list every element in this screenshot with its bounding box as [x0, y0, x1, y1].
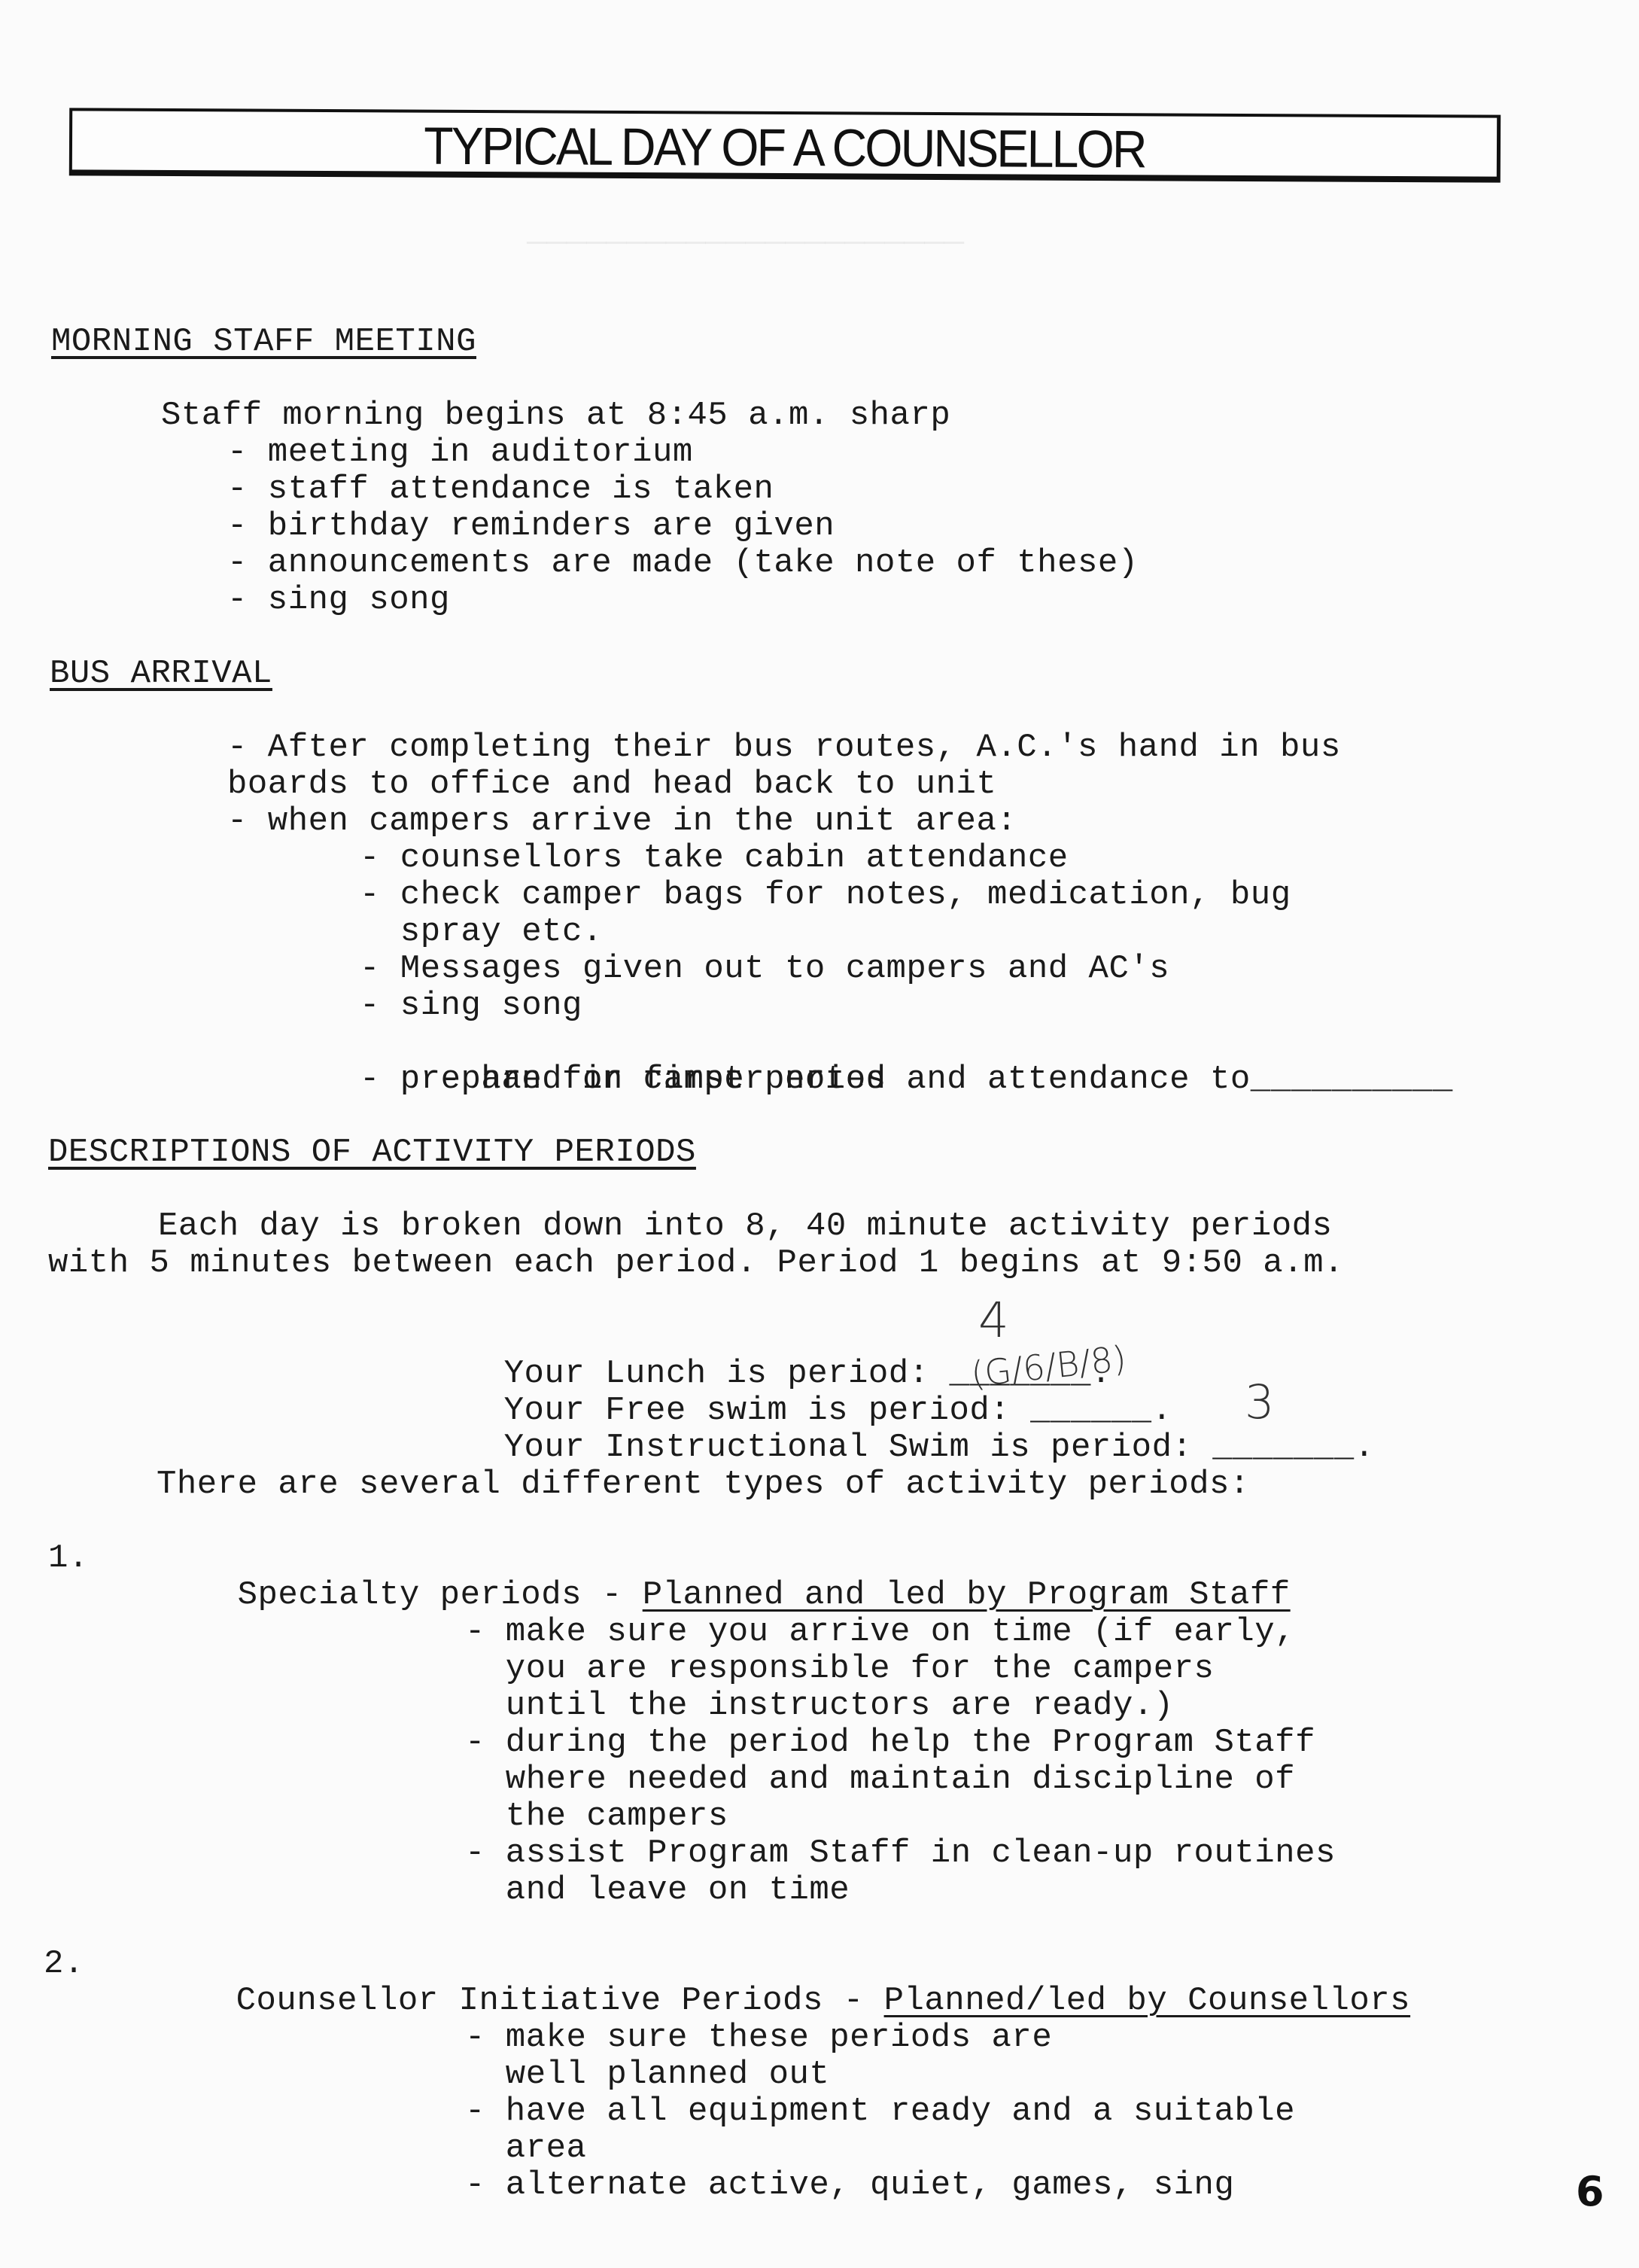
activity-types-intro: There are several different types of act…: [157, 1466, 1250, 1503]
list-item: - counsellors take cabin attendance: [360, 840, 1069, 877]
list-item: - make sure these periods are: [465, 2020, 1052, 2056]
list-item: you are responsible for the campers: [465, 1651, 1214, 1688]
list-item: - check camper bags for notes, medicatio…: [360, 877, 1291, 914]
activity-type-number: 1.: [48, 1540, 89, 1577]
activity-type-name: Specialty periods -: [238, 1576, 622, 1614]
instructional-swim-period-suffix: .: [1355, 1429, 1375, 1466]
list-item: - staff attendance is taken: [227, 471, 774, 508]
activity-type-number: 2.: [44, 1946, 84, 1983]
list-item: - birthday reminders are given: [227, 508, 835, 545]
list-item: - sing song: [227, 582, 450, 619]
list-item: area: [465, 2130, 586, 2167]
section-heading-activity-periods: DESCRIPTIONS OF ACTIVITY PERIODS: [48, 1134, 696, 1171]
list-item: and leave on time: [465, 1872, 850, 1909]
title-box: TYPICAL DAY OF A COUNSELLOR: [69, 108, 1501, 182]
activity-type-led-by: Planned/led by Counsellors: [884, 1982, 1411, 2020]
list-item: - announcements are made (take note of t…: [227, 545, 1139, 582]
bleed-through: ──────────────────────: [527, 226, 964, 263]
page-number: 6: [1576, 2168, 1604, 2215]
morning-intro: Staff morning begins at 8:45 a.m. sharp: [161, 397, 950, 434]
page-title: TYPICAL DAY OF A COUNSELLOR: [129, 114, 1440, 181]
list-item: spray etc.: [360, 914, 603, 951]
section-heading-bus-arrival: BUS ARRIVAL: [50, 656, 272, 693]
bus-line: boards to office and head back to unit: [227, 766, 996, 803]
list-item: - meeting in auditorium: [227, 434, 693, 471]
document-page: ────────────────────── TYPICAL DAY OF A …: [0, 0, 1639, 2268]
list-item: - have all equipment ready and a suitabl…: [465, 2093, 1295, 2130]
instructional-swim-period-blank: _______: [1212, 1429, 1354, 1466]
list-item: - Messages given out to campers and AC's: [360, 951, 1169, 988]
list-item: well planned out: [465, 2056, 829, 2093]
activity-type-name: Counsellor Initiative Periods -: [236, 1982, 864, 2020]
list-item: the campers: [465, 1798, 728, 1835]
instructional-swim-period-handwritten: 3: [1245, 1374, 1274, 1429]
list-item: - sing song: [360, 988, 582, 1024]
list-item: - during the period help the Program Sta…: [465, 1725, 1315, 1761]
instructional-swim-period-label: Your Instructional Swim is period:: [504, 1429, 1193, 1466]
activity-intro-line: Each day is broken down into 8, 40 minut…: [158, 1208, 1332, 1245]
attendance-blank: __________: [1251, 1061, 1453, 1098]
section-heading-morning-staff-meeting: MORNING STAFF MEETING: [51, 324, 476, 361]
list-item: where needed and maintain discipline of: [465, 1761, 1295, 1798]
lunch-period-handwritten: 4: [978, 1293, 1009, 1349]
list-item: - make sure you arrive on time (if early…: [465, 1614, 1295, 1651]
activity-intro-line: with 5 minutes between each period. Peri…: [48, 1245, 1344, 1282]
list-item: - assist Program Staff in clean-up routi…: [465, 1835, 1336, 1872]
list-item: - prepare for first period: [360, 1061, 886, 1098]
list-item: - alternate active, quiet, games, sing: [465, 2167, 1234, 2204]
bus-line: - when campers arrive in the unit area:: [227, 803, 1017, 840]
activity-type-led-by: Planned and led by Program Staff: [643, 1576, 1291, 1614]
list-item: until the instructors are ready.): [465, 1688, 1174, 1725]
bus-line: - After completing their bus routes, A.C…: [227, 729, 1341, 766]
